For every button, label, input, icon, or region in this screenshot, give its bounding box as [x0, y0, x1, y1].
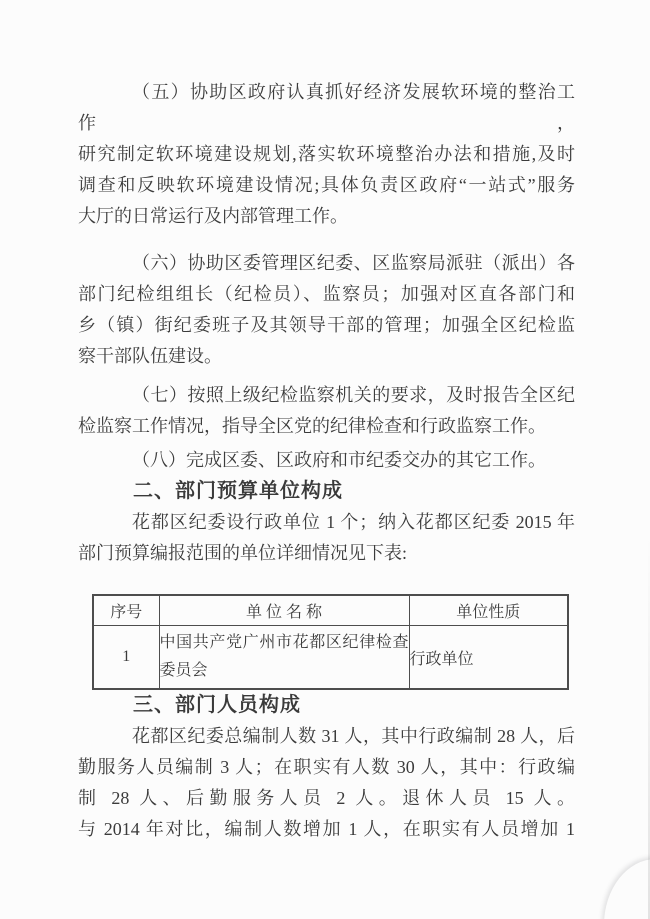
section-heading-budget-units: 二、部门预算单位构成: [78, 476, 575, 507]
body-line: （八）完成区委、区政府和市纪委交办的其它工作。: [78, 445, 575, 476]
body-line: 花都区纪委总编制人数 31 人，其中行政编制 28 人，后: [78, 721, 575, 752]
body-line: 检监察工作情况，指导全区党的纪律检查和行政监察工作。: [78, 411, 575, 442]
unit-name-line: 委员会: [160, 657, 409, 685]
unit-name-line: 中国共产党广州市花都区纪律检查: [160, 629, 409, 657]
table-header-unit-name: 单 位 名 称: [159, 595, 409, 626]
budget-units-table: 序号 单 位 名 称 单位性质 1 中国共产党广州市花都区纪律检查 委员会 行政…: [92, 594, 569, 690]
body-line: 乡（镇）街纪委班子及其领导干部的管理；加强全区纪检监: [78, 310, 575, 341]
body-line: 调查和反映软环境建设情况;具体负责区政府“一站式”服务: [78, 170, 575, 201]
paragraph-budget-units: 花都区纪委设行政单位 1 个；纳入花都区纪委 2015 年 部门预算编报范围的单…: [78, 507, 575, 569]
body-line: 察干部队伍建设。: [78, 341, 575, 372]
table-header-unit-type: 单位性质: [409, 595, 568, 626]
body-line: 部门预算编报范围的单位详细情况见下表:: [78, 538, 575, 569]
body-line: （七）按照上级纪检监察机关的要求，及时报告全区纪: [78, 380, 575, 411]
body-line: 制 28 人、后勤服务人员 2 人。退休人员 15 人。: [78, 783, 575, 814]
table-row: 1 中国共产党广州市花都区纪律检查 委员会 行政单位: [93, 626, 568, 690]
body-line: 研究制定软环境建设规划,落实软环境整治办法和措施,及时: [78, 139, 575, 170]
section-heading-staff: 三、部门人员构成: [78, 690, 575, 721]
body-line: 与 2014 年对比，编制人数增加 1 人，在职实有人员增加 1: [78, 814, 575, 845]
table-cell-unit-name: 中国共产党广州市花都区纪律检查 委员会: [159, 626, 409, 690]
body-line: 勤服务人员编制 3 人；在职实有人数 30 人，其中：行政编: [78, 752, 575, 783]
table-cell-unit-type: 行政单位: [409, 626, 568, 690]
paragraph-item-8: （八）完成区委、区政府和市纪委交办的其它工作。: [78, 445, 575, 476]
paragraph-item-7: （七）按照上级纪检监察机关的要求，及时报告全区纪 检监察工作情况，指导全区党的纪…: [78, 380, 575, 442]
table-cell-no: 1: [93, 626, 159, 690]
scanned-document-page: （五）协助区政府认真抓好经济发展软环境的整治工作， 研究制定软环境建设规划,落实…: [0, 0, 650, 919]
body-line: （五）协助区政府认真抓好经济发展软环境的整治工作，: [78, 77, 575, 139]
body-line: 花都区纪委设行政单位 1 个；纳入花都区纪委 2015 年: [78, 507, 575, 538]
body-line: 部门纪检组组长（纪检员）、监察员；加强对区直各部门和: [78, 279, 575, 310]
body-line: （六）协助区委管理区纪委、区监察局派驻（派出）各: [78, 248, 575, 279]
paragraph-item-6: （六）协助区委管理区纪委、区监察局派驻（派出）各 部门纪检组组长（纪检员）、监察…: [78, 248, 575, 372]
paragraph-item-5: （五）协助区政府认真抓好经济发展软环境的整治工作， 研究制定软环境建设规划,落实…: [78, 77, 575, 232]
paragraph-staff: 花都区纪委总编制人数 31 人，其中行政编制 28 人，后 勤服务人员编制 3 …: [78, 721, 575, 845]
table-header-row: 序号 单 位 名 称 单位性质: [93, 595, 568, 626]
document-body: （五）协助区政府认真抓好经济发展软环境的整治工作， 研究制定软环境建设规划,落实…: [78, 0, 575, 845]
table-header-no: 序号: [93, 595, 159, 626]
body-line: 大厅的日常运行及内部管理工作。: [78, 201, 575, 232]
